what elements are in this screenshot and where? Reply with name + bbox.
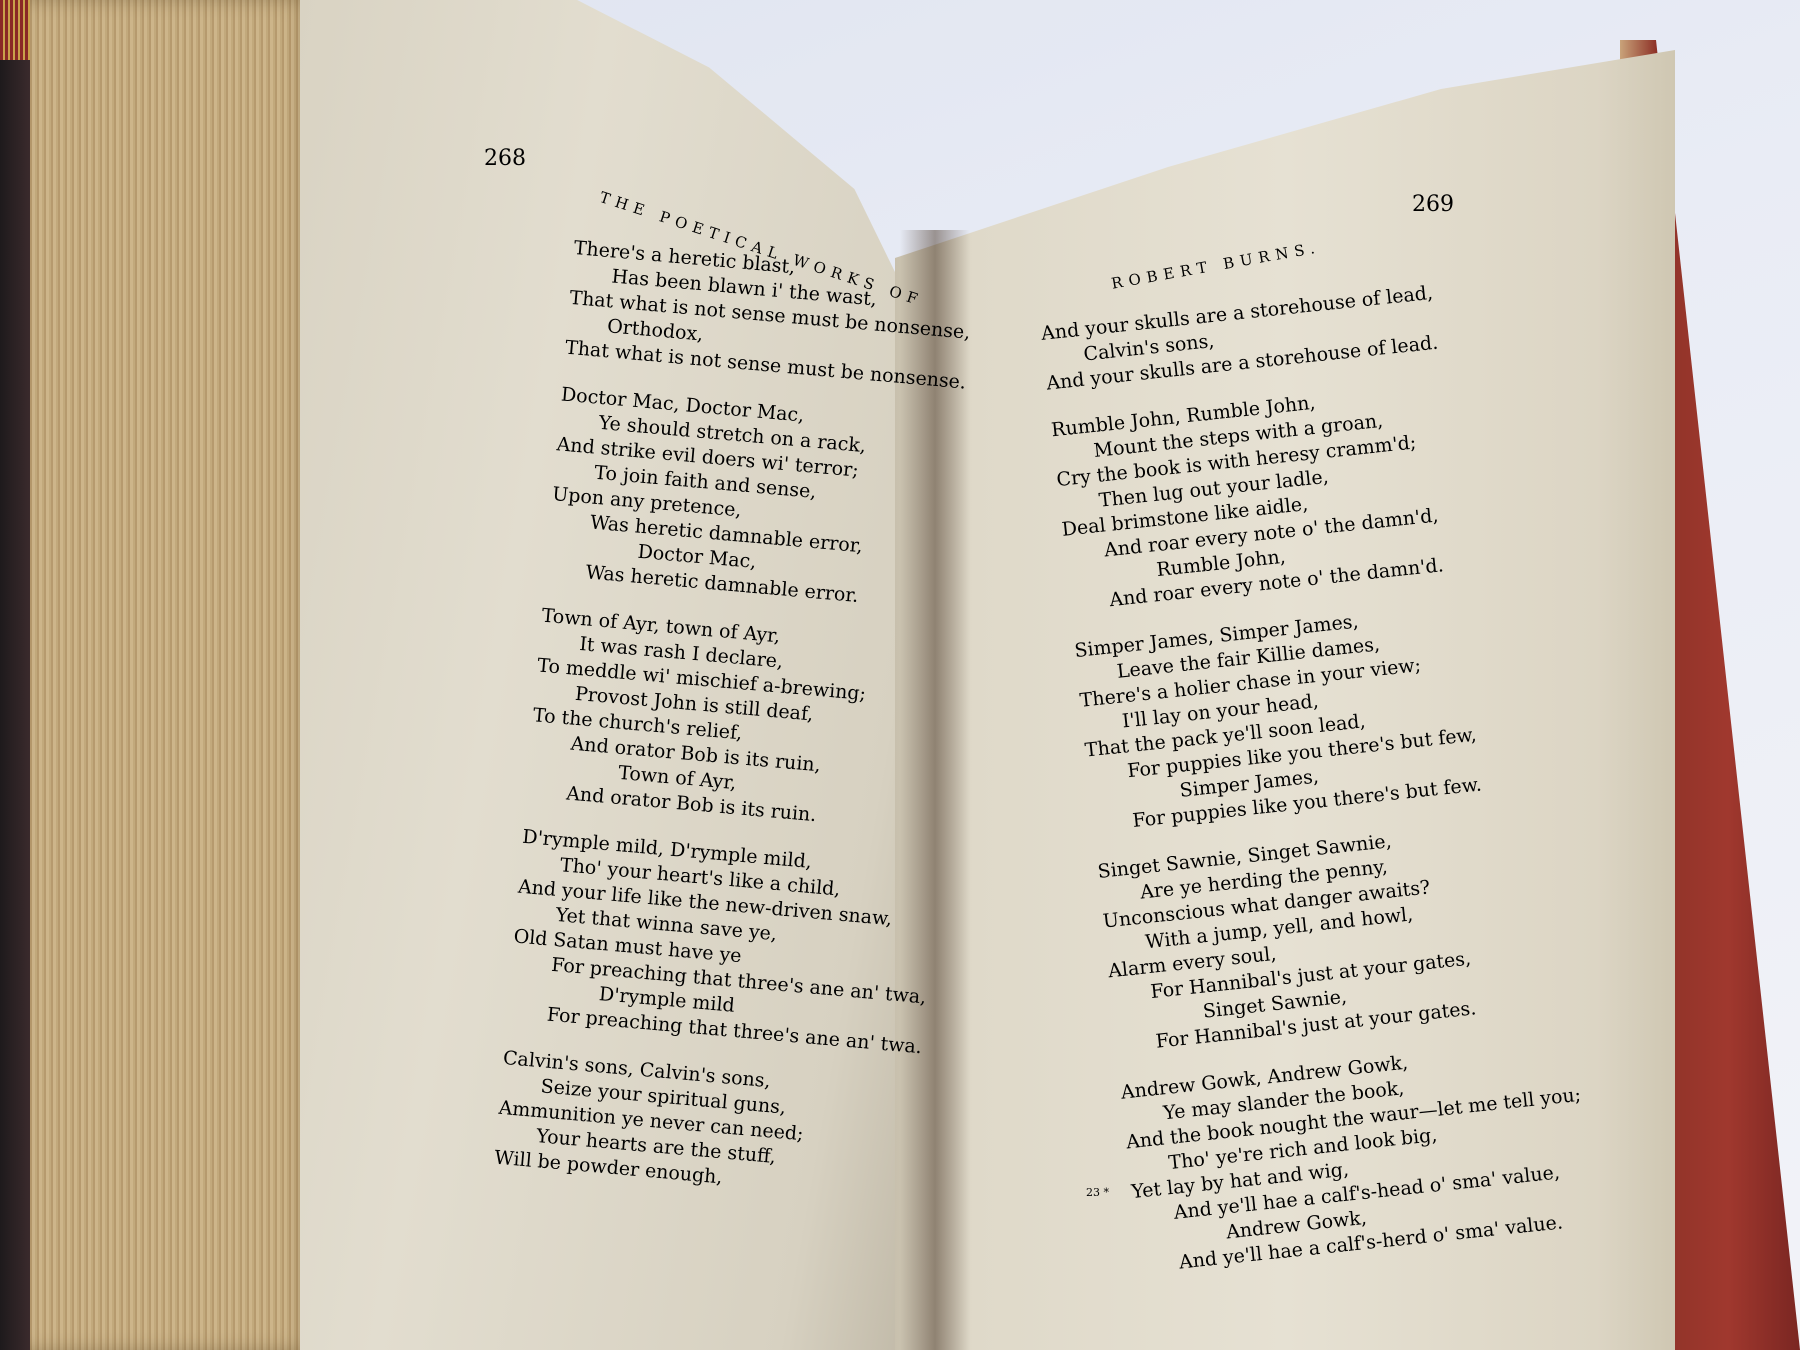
- left-page-number: 268: [484, 146, 526, 171]
- page-edges: [30, 0, 315, 1350]
- signature-mark: 23 *: [1086, 1186, 1109, 1199]
- right-page-number: 269: [1412, 192, 1454, 217]
- left-page-poem: There's a heretic blast,Has been blawn i…: [491, 236, 989, 1229]
